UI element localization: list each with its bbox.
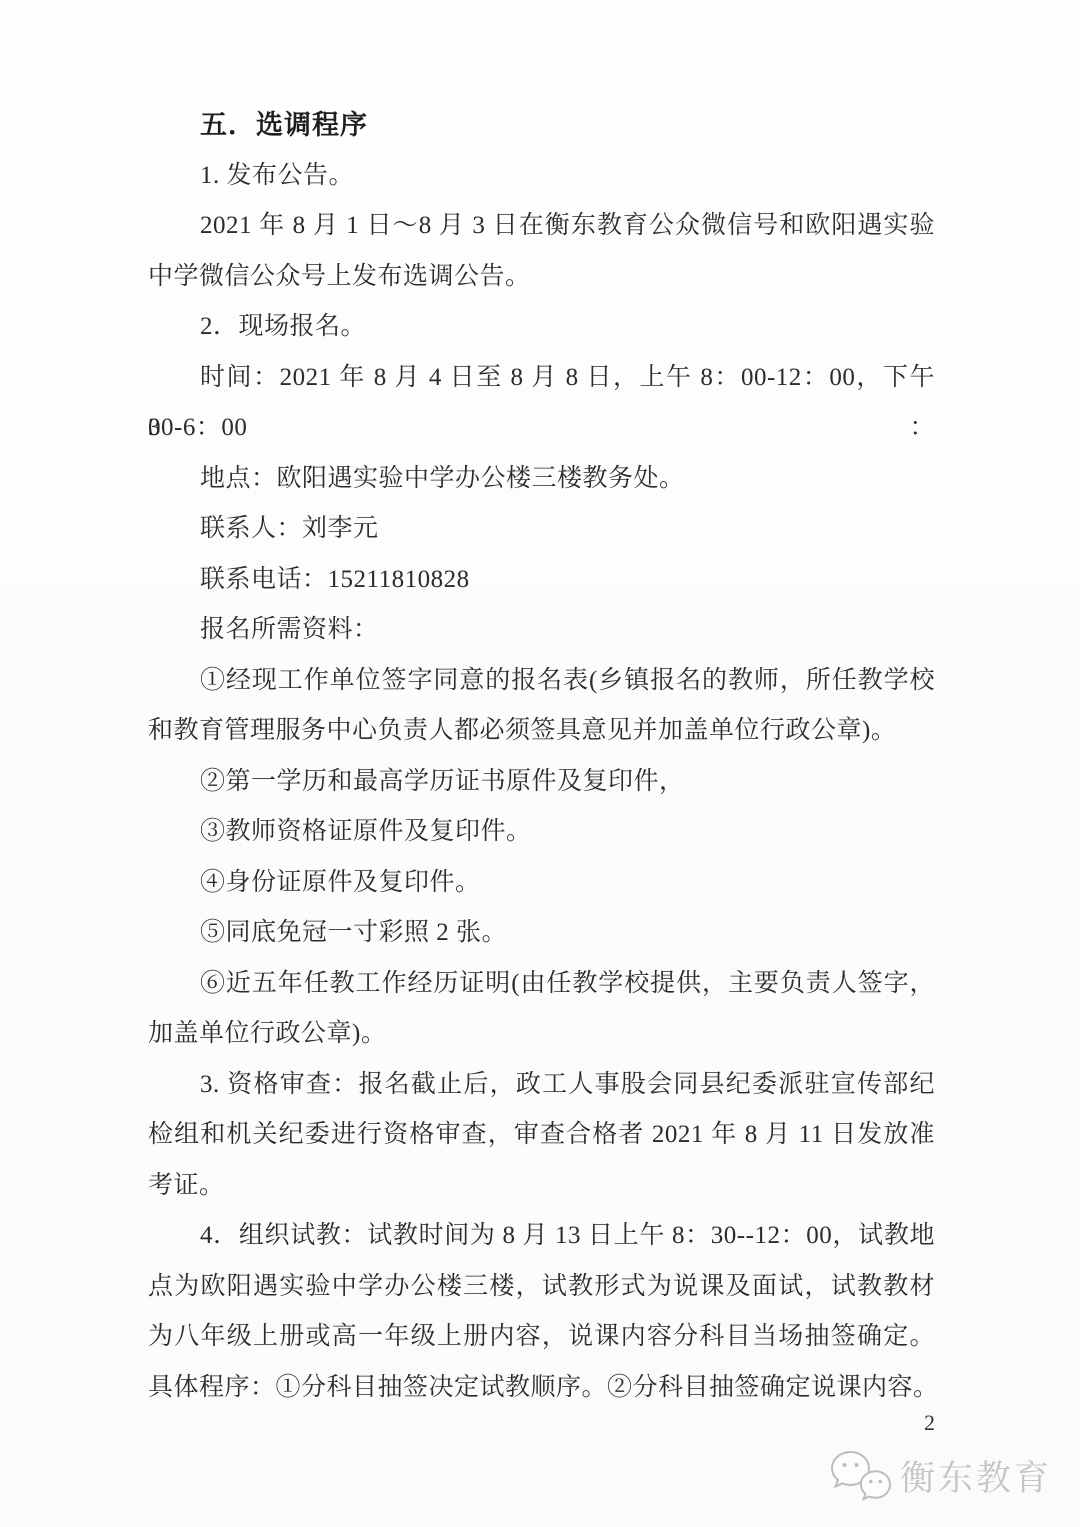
text-line: 加盖单位行政公章)。 (148, 1009, 935, 1060)
text-line: 2．现场报名。 (148, 302, 935, 353)
text-line: 中学微信公众号上发布选调公告。 (148, 252, 935, 303)
text-line: 具体程序：①分科目抽签决定试教顺序。②分科目抽签确定说课内容。 (148, 1363, 935, 1414)
text-line: 点为欧阳遇实验中学办公楼三楼，试教形式为说课及面试，试教教材 (148, 1262, 935, 1313)
text-line: 2021 年 8 月 1 日～8 月 3 日在衡东教育公众微信号和欧阳遇实验 (148, 201, 935, 252)
watermark-brand-label: 衡东教育 (900, 1451, 1052, 1501)
text-line: ⑥近五年任教工作经历证明(由任教学校提供，主要负责人签字， (148, 959, 935, 1010)
text-line: 4．组织试教：试教时间为 8 月 13 日上午 8：30--12：00，试教地 (148, 1211, 935, 1262)
section-heading: 五．选调程序 (148, 100, 935, 151)
text-line: 时间：2021 年 8 月 4 日至 8 月 8 日，上午 8：00-12：00… (148, 353, 935, 404)
text-line: 和教育管理服务中心负责人都必须签具意见并加盖单位行政公章)。 (148, 706, 935, 757)
text-line: ①经现工作单位签字同意的报名表(乡镇报名的教师，所任教学校 (148, 656, 935, 707)
text-line: ⑤同底免冠一寸彩照 2 张。 (148, 908, 935, 959)
text-line: 为八年级上册或高一年级上册内容，说课内容分科目当场抽签确定。 (148, 1312, 935, 1363)
text-line: ③教师资格证原件及复印件。 (148, 807, 935, 858)
text-line: 1. 发布公告。 (148, 151, 935, 202)
watermark: 衡东教育 (830, 1448, 1052, 1504)
document-body: 五．选调程序1. 发布公告。2021 年 8 月 1 日～8 月 3 日在衡东教… (148, 100, 935, 1413)
text-line: ②第一学历和最高学历证书原件及复印件， (148, 757, 935, 808)
text-line: 报名所需资料： (148, 605, 935, 656)
text-line: 3. 资格审查：报名截止后，政工人事股会同县纪委派驻宣传部纪 (148, 1060, 935, 1111)
page-number: 2 (148, 1408, 935, 1438)
text-line: ④身份证原件及复印件。 (148, 858, 935, 909)
wechat-logo-icon (830, 1448, 892, 1504)
text-line: 检组和机关纪委进行资格审查，审查合格者 2021 年 8 月 11 日发放准 (148, 1110, 935, 1161)
text-line: 联系电话：15211810828 (148, 555, 935, 606)
text-line: 考证。 (148, 1161, 935, 1212)
text-line: 地点：欧阳遇实验中学办公楼三楼教务处。 (148, 454, 935, 505)
document-page: 五．选调程序1. 发布公告。2021 年 8 月 1 日～8 月 3 日在衡东教… (0, 0, 1080, 1527)
text-line: 联系人：刘李元 (148, 504, 935, 555)
